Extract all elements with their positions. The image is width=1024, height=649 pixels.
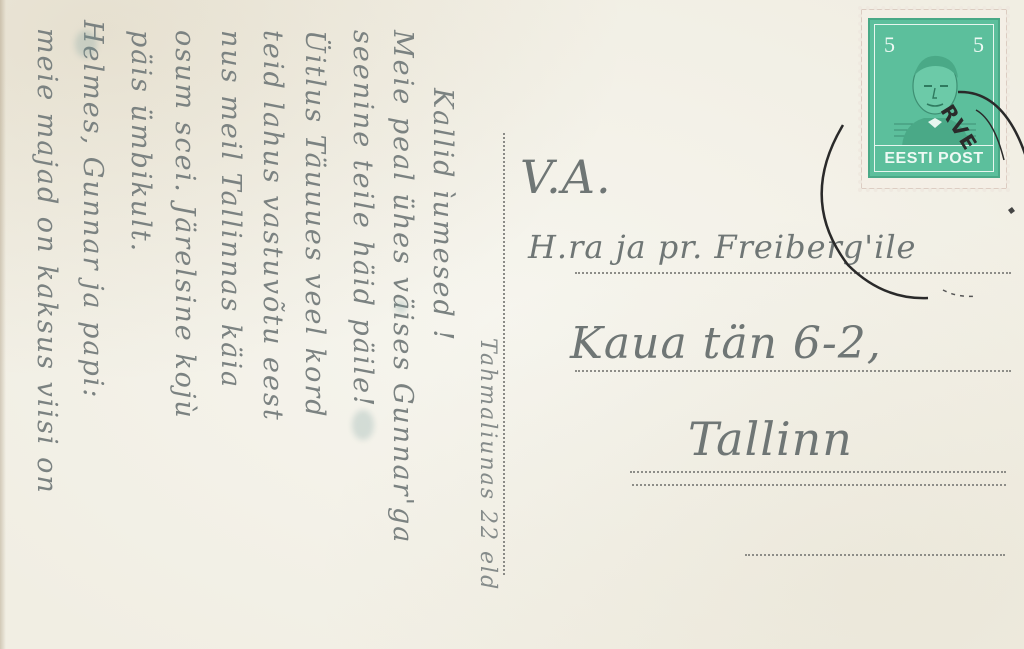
message-line: teid lahus vastuvõtu eest: [257, 30, 288, 422]
stamp-face: 5 5 EESTI POST: [868, 18, 1000, 178]
address-prefix: V.A.: [520, 150, 612, 204]
message-header: Tahmaliunas 22 eld: [475, 338, 500, 591]
address-rule-4: [745, 554, 1005, 556]
message-line: meie majad on kaksus viisi on: [31, 28, 62, 495]
ink-smudge: [395, 300, 407, 314]
message-line: Üitlus Täuuues veel kord: [299, 30, 330, 419]
message-line: päis ümbikult.: [125, 30, 156, 253]
stamp-label: EESTI POST: [870, 150, 998, 168]
vertical-divider: [503, 133, 505, 575]
message-line: Helmes, Gunnar ja papi:: [77, 20, 108, 400]
message-line: seenine teile häid päile!: [347, 30, 378, 408]
address-rule-3a: [630, 471, 1006, 473]
ink-smudge: [352, 410, 374, 440]
address-rule-3b: [632, 484, 1006, 486]
message-line: nus meil Tallinnas käia: [215, 30, 246, 389]
postcard-back: Tahmaliunas 22 eld Kallid ìumesed ! Meie…: [0, 0, 1024, 649]
card-edge-shadow: [0, 0, 6, 649]
message-line: Meie peal ühes väises Gunnar'ga: [387, 30, 418, 544]
address-city: Tallinn: [688, 412, 853, 466]
address-rule-2: [575, 370, 1011, 372]
message-line: Kallid ìumesed !: [427, 88, 458, 342]
ink-smudge: [75, 30, 97, 58]
address-rule-1: [575, 272, 1011, 274]
message-line: osum scei. Järelsine kojù: [169, 30, 200, 420]
address-street: Kaua tän 6-2,: [570, 318, 882, 369]
address-recipient: H.ra ja pr. Freiberg'ile: [528, 228, 916, 266]
postage-stamp: 5 5 EESTI POST: [862, 10, 1006, 188]
